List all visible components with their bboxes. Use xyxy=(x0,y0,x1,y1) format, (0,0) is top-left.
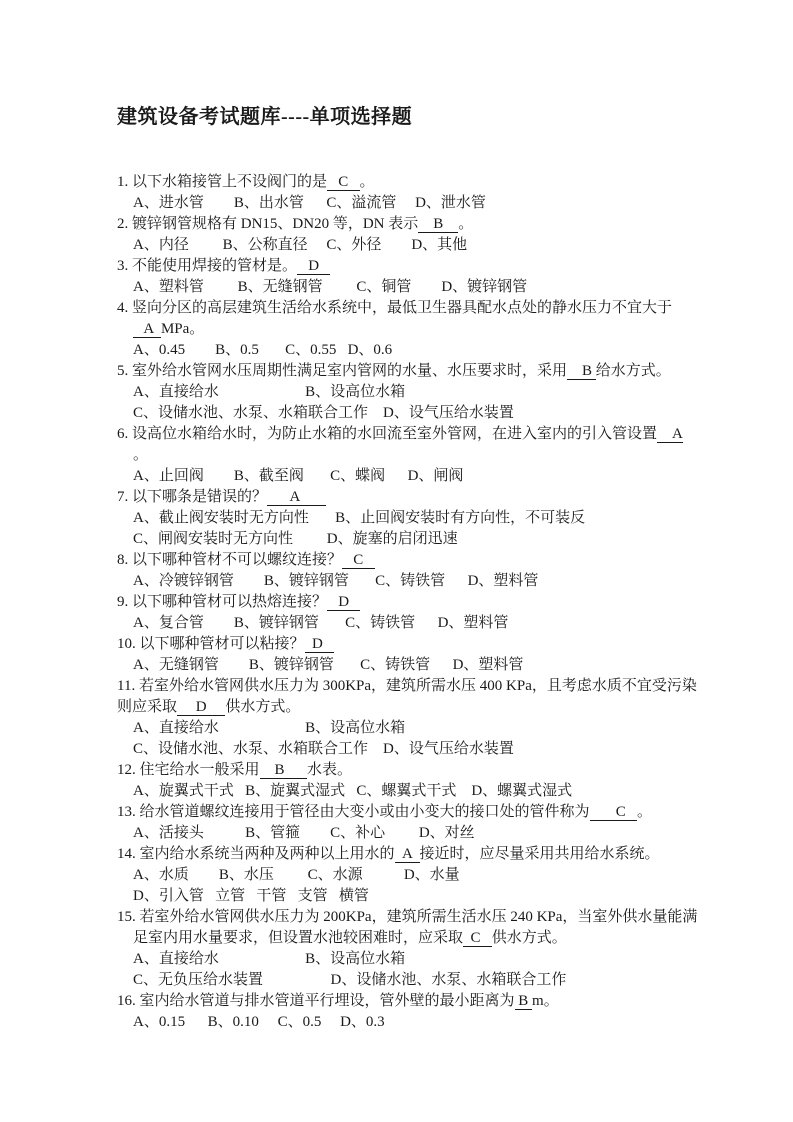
option-line: C、无负压给水装置 D、设储水池、水泵、水箱联合工作 xyxy=(117,970,779,991)
option-line: A、直接给水 B、设高位水箱 xyxy=(117,949,779,970)
option-line: A、无缝钢管 B、镀锌钢管 C、铸铁管 D、塑料管 xyxy=(117,655,779,676)
answer-blank: C xyxy=(590,804,638,821)
option-line: A、0.15 B、0.10 C、0.5 D、0.3 xyxy=(117,1012,779,1033)
option-line: C、闸阀安装时无方向性 D、旋塞的启闭迅速 xyxy=(117,529,779,550)
answer-blank: D xyxy=(177,699,225,716)
option-line: A、水质 B、水压 C、水源 D、水量 xyxy=(117,865,779,886)
question-block: 5. 室外给水管网水压周期性满足室内管网的水量、水压要求时，采用 B 给水方式。… xyxy=(117,361,779,424)
answer-blank: B xyxy=(567,363,596,380)
question-continuation-line: A MPa。 xyxy=(117,319,779,340)
question-continuation-line: 则应采取 D 供水方式。 xyxy=(117,697,779,718)
question-line: 5. 室外给水管网水压周期性满足室内管网的水量、水压要求时，采用 B 给水方式。 xyxy=(117,361,779,382)
question-continuation-line: 。 xyxy=(117,445,779,466)
option-line: A、旋翼式干式 B、旋翼式湿式 C、螺翼式干式 D、螺翼式湿式 xyxy=(117,781,779,802)
question-block: 3. 不能使用焊接的管材是。 D A、塑料管 B、无缝钢管 C、铜管 D、镀锌钢… xyxy=(117,256,779,298)
question-block: 15. 若室外给水管网供水压力为 200KPa，建筑所需生活水压 240 KPa… xyxy=(117,907,779,991)
question-line: 10. 以下哪种管材可以粘接？ D xyxy=(117,634,779,655)
option-line: A、进水管 B、出水管 C、溢流管 D、泄水管 xyxy=(117,193,779,214)
option-line: A、塑料管 B、无缝钢管 C、铜管 D、镀锌钢管 xyxy=(117,277,779,298)
answer-blank: A xyxy=(395,846,420,863)
question-block: 16. 室内给水管道与排水管道平行埋设，管外壁的最小距离为 B m。A、0.15… xyxy=(117,991,779,1033)
option-line: A、0.45 B、0.5 C、0.55 D、0.6 xyxy=(117,340,779,361)
answer-blank: C xyxy=(342,552,375,569)
answer-blank: D xyxy=(327,594,360,611)
exam-document-page: 建筑设备考试题库----单项选择题 1. 以下水箱接管上不设阀门的是 C 。A、… xyxy=(0,0,793,1122)
question-block: 12. 住宅给水一般采用 B 水表。A、旋翼式干式 B、旋翼式湿式 C、螺翼式干… xyxy=(117,760,779,802)
question-line: 1. 以下水箱接管上不设阀门的是 C 。 xyxy=(117,172,779,193)
answer-blank: D xyxy=(305,636,335,653)
question-block: 1. 以下水箱接管上不设阀门的是 C 。A、进水管 B、出水管 C、溢流管 D、… xyxy=(117,172,779,214)
question-continuation-line: 足室内用水量要求，但设置水池较困难时，应采取 C 供水方式。 xyxy=(117,928,779,949)
question-line: 6. 设高位水箱给水时，为防止水箱的水回流至室外管网，在进入室内的引入管设置 A xyxy=(117,424,779,445)
option-line: A、直接给水 B、设高位水箱 xyxy=(117,718,779,739)
question-block: 4. 竖向分区的高层建筑生活给水系统中，最低卫生器具配水点处的静水压力不宜大于 … xyxy=(117,298,779,361)
question-block: 10. 以下哪种管材可以粘接？ D A、无缝钢管 B、镀锌钢管 C、铸铁管 D、… xyxy=(117,634,779,676)
answer-blank: A xyxy=(267,489,326,506)
option-line: A、直接给水 B、设高位水箱 xyxy=(117,382,779,403)
question-block: 2. 镀锌钢管规格有 DN15、DN20 等，DN 表示 B 。A、内径 B、公… xyxy=(117,214,779,256)
option-line: A、内径 B、公称直径 C、外径 D、其他 xyxy=(117,235,779,256)
answer-blank: B xyxy=(260,762,308,779)
option-line: C、设储水池、水泵、水箱联合工作 D、设气压给水装置 xyxy=(117,403,779,424)
question-line: 13. 给水管道螺纹连接用于管径由大变小或由小变大的接口处的管件称为 C 。 xyxy=(117,802,779,823)
answer-blank: C xyxy=(463,930,492,947)
question-block: 9. 以下哪种管材可以热熔连接？ D A、复合管 B、镀锌钢管 C、铸铁管 D、… xyxy=(117,592,779,634)
option-line: A、止回阀 B、截至阀 C、蝶阀 D、闸阀 xyxy=(117,466,779,487)
question-list: 1. 以下水箱接管上不设阀门的是 C 。A、进水管 B、出水管 C、溢流管 D、… xyxy=(117,172,779,1033)
question-line: 15. 若室外给水管网供水压力为 200KPa，建筑所需生活水压 240 KPa… xyxy=(117,907,779,928)
option-line: A、截止阀安装时无方向性 B、止回阀安装时有方向性，不可装反 xyxy=(117,508,779,529)
document-body: 建筑设备考试题库----单项选择题 1. 以下水箱接管上不设阀门的是 C 。A、… xyxy=(117,104,779,1033)
question-line: 11. 若室外给水管网供水压力为 300KPa，建筑所需水压 400 KPa，且… xyxy=(117,676,779,697)
answer-blank: B xyxy=(418,216,458,233)
question-block: 14. 室内给水系统当两种及两种以上用水的 A 接近时，应尽量采用共用给水系统。… xyxy=(117,844,779,907)
option-line: C、设储水池、水泵、水箱联合工作 D、设气压给水装置 xyxy=(117,739,779,760)
question-block: 13. 给水管道螺纹连接用于管径由大变小或由小变大的接口处的管件称为 C 。A、… xyxy=(117,802,779,844)
answer-blank: D xyxy=(297,258,330,275)
answer-blank: C xyxy=(327,174,360,191)
answer-blank: B xyxy=(515,993,533,1010)
question-block: 6. 设高位水箱给水时，为防止水箱的水回流至室外管网，在进入室内的引入管设置 A… xyxy=(117,424,779,487)
option-line: D、引入管 立管 干管 支管 横管 xyxy=(117,886,779,907)
question-line: 4. 竖向分区的高层建筑生活给水系统中，最低卫生器具配水点处的静水压力不宜大于 xyxy=(117,298,779,319)
answer-blank: A xyxy=(133,321,161,338)
question-block: 7. 以下哪条是错误的？ A A、截止阀安装时无方向性 B、止回阀安装时有方向性… xyxy=(117,487,779,550)
question-block: 8. 以下哪种管材不可以螺纹连接？ C A、冷镀锌钢管 B、镀锌钢管 C、铸铁管… xyxy=(117,550,779,592)
option-line: A、冷镀锌钢管 B、镀锌钢管 C、铸铁管 D、塑料管 xyxy=(117,571,779,592)
option-line: A、活接头 B、管箍 C、补心 D、对丝 xyxy=(117,823,779,844)
question-line: 7. 以下哪条是错误的？ A xyxy=(117,487,779,508)
option-line: A、复合管 B、镀锌钢管 C、铸铁管 D、塑料管 xyxy=(117,613,779,634)
question-line: 16. 室内给水管道与排水管道平行埋设，管外壁的最小距离为 B m。 xyxy=(117,991,779,1012)
answer-blank: A xyxy=(657,426,683,443)
question-line: 12. 住宅给水一般采用 B 水表。 xyxy=(117,760,779,781)
question-line: 14. 室内给水系统当两种及两种以上用水的 A 接近时，应尽量采用共用给水系统。 xyxy=(117,844,779,865)
question-line: 2. 镀锌钢管规格有 DN15、DN20 等，DN 表示 B 。 xyxy=(117,214,779,235)
question-line: 9. 以下哪种管材可以热熔连接？ D xyxy=(117,592,779,613)
page-title: 建筑设备考试题库----单项选择题 xyxy=(117,104,779,130)
question-line: 3. 不能使用焊接的管材是。 D xyxy=(117,256,779,277)
question-block: 11. 若室外给水管网供水压力为 300KPa，建筑所需水压 400 KPa，且… xyxy=(117,676,779,760)
question-line: 8. 以下哪种管材不可以螺纹连接？ C xyxy=(117,550,779,571)
